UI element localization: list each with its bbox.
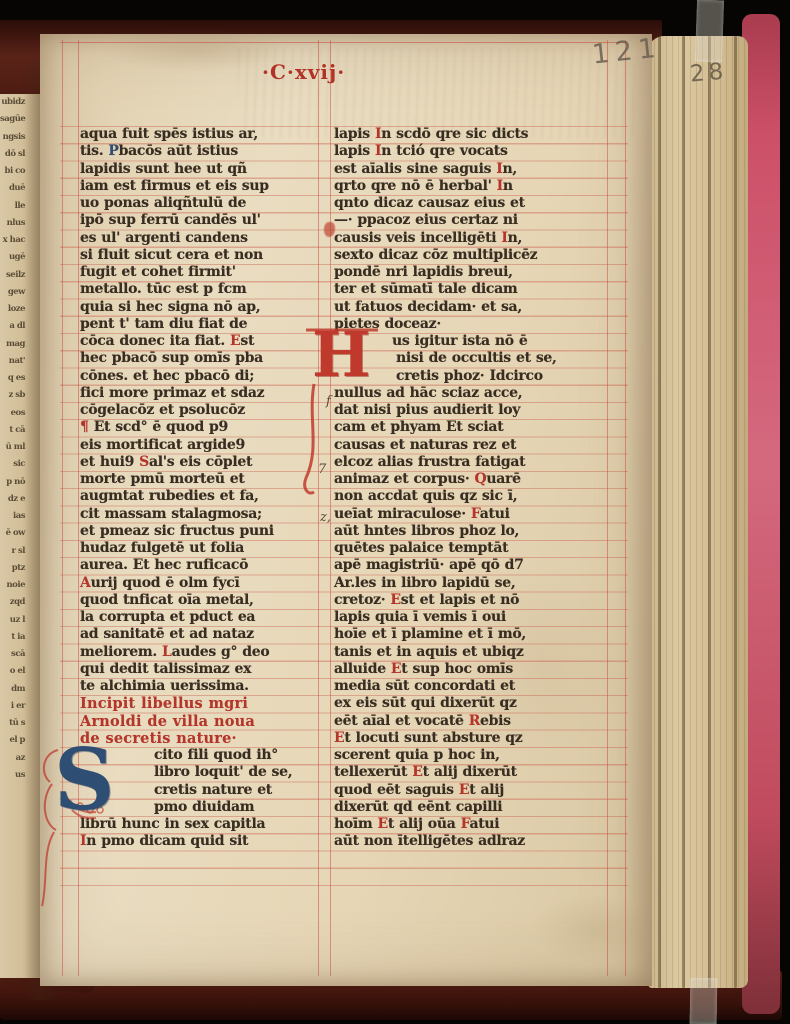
text-segment: meliorem. [80, 644, 162, 660]
text-segment: iam est firmus et eis sup [80, 178, 269, 194]
text-segment: qui dedit talissimaz ex [80, 661, 251, 677]
text-line: la corrupta et pduct ea [80, 609, 320, 626]
text-segment: L [162, 644, 172, 660]
text-segment: uo ponas aliqñtulū de [80, 195, 246, 211]
text-segment: ebis [480, 713, 511, 729]
text-segment: ut fatuos decidam· et sa, [334, 299, 522, 315]
text-segment: augmtat rubedies et fa, [80, 488, 259, 504]
manuscript-page: ·C·xvij· 121 aqua fuit spēs istius ar,ti… [40, 34, 652, 986]
text-line: ipō sup ferrū candēs ul' [80, 212, 320, 229]
text-line: lapis quia ī vemis ī oui [334, 609, 626, 626]
decorated-initial-s: S [40, 740, 150, 910]
text-segment: aqua fuit spēs istius ar, [80, 126, 258, 142]
text-segment: st [240, 333, 254, 349]
text-line: ad sanitatē et ad nataz [80, 626, 320, 643]
marginal-mark: f [326, 394, 331, 409]
text-segment: E [391, 661, 401, 677]
text-line: ex eis sūt qui dixerūt qz [334, 695, 626, 712]
text-line: Arnoldi de villa noua [80, 713, 320, 730]
text-segment: pent t' tam diu fiat de [80, 316, 247, 332]
text-segment: al's eis cōplet [149, 454, 252, 470]
text-line: et pmeaz sic fructus puni [80, 523, 320, 540]
text-segment: ad sanitatē et ad nataz [80, 626, 254, 642]
text-line: Et locuti sunt absture qz [334, 730, 626, 747]
text-segment: E [378, 816, 388, 832]
text-line: sexto dicaz cōz multiplicēz [334, 247, 626, 264]
text-segment: tellexerūt [334, 764, 412, 780]
text-segment: cōnes. et hec pbacō di; [80, 368, 254, 384]
text-line: meliorem. Laudes g° deo [80, 644, 320, 661]
text-line: causis veis incelligēti In, [334, 230, 626, 247]
text-segment: nisi de occultis et se, [396, 350, 557, 366]
text-line: aqua fuit spēs istius ar, [80, 126, 320, 143]
text-segment: quētes palaice temptāt [334, 540, 508, 556]
fore-edge-groove [708, 36, 711, 988]
text-line: et hui9 Sal's eis cōplet [80, 454, 320, 471]
text-line: ut fatuos decidam· et sa, [334, 299, 626, 316]
red-ruling-top-line [60, 42, 626, 43]
text-segment: pmo diuidam [154, 799, 254, 815]
text-line: cōnes. et hec pbacō di; [80, 368, 320, 385]
text-line: tis. Pbacōs aūt istius [80, 143, 320, 160]
text-line: Ar.les in libro lapidū se, [334, 575, 626, 592]
text-segment: cōca donec ita fiat. [80, 333, 230, 349]
text-line: Aurij quod ē olm fycī [80, 575, 320, 592]
text-line: cōgelacōz et psolucōz [80, 402, 320, 419]
text-segment: hec pbacō sup omīs pba [80, 350, 263, 366]
text-segment: ter et sūmatī tale dicam [334, 281, 517, 297]
text-line: ¶ Et scd° ē quod p9 [80, 419, 320, 436]
text-segment: fugit et cohet firmit' [80, 264, 236, 280]
text-line: pondē nri lapidis breui, [334, 264, 626, 281]
text-segment: st et lapis et nō [401, 592, 519, 608]
text-segment: Incipit libellus mgri [80, 695, 248, 712]
text-segment: cit massam stalagmosa; [80, 506, 262, 522]
text-segment: cito fili quod ih° [154, 747, 278, 763]
text-segment: lapidis sunt hee ut qñ [80, 161, 247, 177]
text-segment: hoīe et ī plamine et ī mō, [334, 626, 526, 642]
text-segment: n scdō qre sic dicts [381, 126, 528, 142]
text-segment: libro loquit' de se, [154, 764, 292, 780]
text-segment: Q [474, 471, 486, 487]
text-line: fici more primaz et sdaz [80, 385, 320, 402]
text-segment: t alij dixerūt [423, 764, 517, 780]
text-line: cit massam stalagmosa; [80, 506, 320, 523]
text-segment: hudaz fulgetē ut folia [80, 540, 244, 556]
text-segment: R [469, 713, 480, 729]
text-segment: eēt aīal et vocatē [334, 713, 469, 729]
text-segment: n, [508, 230, 522, 246]
marginal-mark: 7 [318, 462, 326, 477]
text-line: hudaz fulgetē ut folia [80, 540, 320, 557]
tape-bottom [690, 978, 718, 1024]
text-line: media sūt concordati et [334, 678, 626, 695]
text-segment: audes g° deo [172, 644, 270, 660]
text-segment: morte pmū morteū et [80, 471, 245, 487]
fore-edge-groove [734, 36, 737, 988]
text-line: est aīalis sine saguis In, [334, 161, 626, 178]
text-segment: cōgelacōz et psolucōz [80, 402, 245, 418]
text-segment: n, [503, 161, 517, 177]
text-segment: lapis [334, 143, 375, 159]
text-segment: lapis quia ī vemis ī oui [334, 609, 506, 625]
text-segment: E [412, 764, 422, 780]
text-segment: alluide [334, 661, 391, 677]
text-line: lapis In scdō qre sic dicts [334, 126, 626, 143]
text-line: morte pmū morteū et [80, 471, 320, 488]
text-segment: quod eēt saguis [334, 782, 459, 798]
parchment-stain [530, 894, 660, 964]
text-segment: fici more primaz et sdaz [80, 385, 264, 401]
text-segment: E [334, 730, 344, 746]
text-segment: Et scd° ē quod p9 [94, 419, 228, 435]
text-segment: E [390, 592, 400, 608]
text-segment: quia si hec signa nō ap, [80, 299, 260, 315]
text-line: hec pbacō sup omīs pba [80, 350, 320, 367]
text-segment: bacōs aūt istius [119, 143, 238, 159]
fore-edge-groove [658, 36, 661, 988]
text-line: hoīm Et alij oūa Fatui [334, 816, 626, 833]
text-line: qnto dicaz causaz eius et [334, 195, 626, 212]
text-segment: tis. [80, 143, 108, 159]
text-segment: metallo. tūc est p fcm [80, 281, 246, 297]
text-segment: eis mortificat argide9 [80, 437, 245, 453]
text-line: cretoz· Est et lapis et nō [334, 592, 626, 609]
text-segment: scerent quia p hoc in, [334, 747, 500, 763]
text-line: apē magistriū· apē qō d7 [334, 557, 626, 574]
text-line: quod eēt saguis Et alij [334, 782, 626, 799]
text-segment: n tció qre vocats [381, 143, 507, 159]
text-line: dixerūt qd eēnt capilli [334, 799, 626, 816]
text-line: quia si hec signa nō ap, [80, 299, 320, 316]
text-segment: sexto dicaz cōz multiplicēz [334, 247, 537, 263]
text-segment: causis veis incelligēti [334, 230, 501, 246]
text-segment: uarē [486, 471, 520, 487]
text-segment: ¶ [80, 419, 94, 435]
text-line: alluide Et sup hoc omīs [334, 661, 626, 678]
text-segment: si fluit sicut cera et non [80, 247, 263, 263]
text-segment: te alchimia uerissima. [80, 678, 249, 694]
text-line: eēt aīal et vocatē Rebis [334, 713, 626, 730]
text-segment: es ul' argenti candens [80, 230, 248, 246]
text-segment: qnto dicaz causaz eius et [334, 195, 525, 211]
text-segment: aūt hntes libros phoz lo, [334, 523, 519, 539]
initial-h-letter: H [312, 324, 371, 386]
text-segment: —· ppacoz eius certaz ni [334, 212, 518, 228]
text-segment: urij quod ē olm fycī [91, 575, 240, 591]
text-line: quētes palaice temptāt [334, 540, 626, 557]
text-line: eis mortificat argide9 [80, 437, 320, 454]
text-line: hoīe et ī plamine et ī mō, [334, 626, 626, 643]
text-segment: S [139, 454, 149, 470]
text-segment: et pmeaz sic fructus puni [80, 523, 274, 539]
text-line: Incipit libellus mgri [80, 695, 320, 712]
marginal-mark: z, [320, 510, 331, 525]
text-line: pent t' tam diu fiat de [80, 316, 320, 333]
text-segment: E [230, 333, 240, 349]
text-segment: t alij oūa [388, 816, 461, 832]
text-segment: cretis nature et [154, 782, 272, 798]
text-line: scerent quia p hoc in, [334, 747, 626, 764]
text-segment: aūt non ītelligētes adlraz [334, 833, 525, 849]
text-line: aūt hntes libros phoz lo, [334, 523, 626, 540]
text-segment: qrto qre nō ē herbal' [334, 178, 497, 194]
text-segment: t sup hoc omīs [401, 661, 513, 677]
text-line: fugit et cohet firmit' [80, 264, 320, 281]
text-segment: tanis et in aquis et ubiqz [334, 644, 524, 660]
text-line: metallo. tūc est p fcm [80, 281, 320, 298]
text-line: te alchimia uerissima. [80, 678, 320, 695]
text-line: qui dedit talissimaz ex [80, 661, 320, 678]
chapter-number-heading: ·C·xvij· [262, 60, 345, 84]
text-segment: P [108, 143, 118, 159]
text-line: lapis In tció qre vocats [334, 143, 626, 160]
text-segment: us igitur ista nō ē [392, 333, 527, 349]
text-segment: dixerūt qd eēnt capilli [334, 799, 502, 815]
text-segment: t alij [469, 782, 504, 798]
text-line: aūt non ītelligētes adlraz [334, 833, 626, 850]
text-segment: n [503, 178, 513, 194]
text-segment: quod tnficat oīa metal, [80, 592, 254, 608]
text-segment: E [459, 782, 469, 798]
text-segment: A [80, 575, 91, 591]
text-segment: media sūt concordati et [334, 678, 515, 694]
fore-edge-leaf-number: 28 [689, 58, 728, 87]
fore-edge-pages: 28 [648, 36, 748, 988]
text-segment: apē magistriū· apē qō d7 [334, 557, 524, 573]
text-segment: t locuti sunt absture qz [344, 730, 522, 746]
text-segment: est aīalis sine saguis [334, 161, 496, 177]
text-segment: ex eis sūt qui dixerūt qz [334, 695, 517, 711]
text-segment: cretis phoz· Idcirco [396, 368, 543, 384]
text-segment: atui [469, 816, 499, 832]
tape-top [695, 0, 724, 62]
text-segment: F [471, 506, 480, 522]
text-line: uo ponas aliqñtulū de [80, 195, 320, 212]
text-line: ter et sūmatī tale dicam [334, 281, 626, 298]
text-segment: lapis [334, 126, 375, 142]
text-line: lapidis sunt hee ut qñ [80, 161, 320, 178]
text-segment: la corrupta et pduct ea [80, 609, 255, 625]
text-segment: et hui9 [80, 454, 139, 470]
text-line: iam est firmus et eis sup [80, 178, 320, 195]
fore-edge-groove [682, 36, 685, 988]
text-segment: aurea. Et hec ruficacō [80, 557, 248, 573]
text-segment: Arnoldi de villa noua [80, 713, 255, 730]
text-segment: hoīm [334, 816, 378, 832]
initial-s-letter: S [54, 738, 115, 822]
text-line: qrto qre nō ē herbal' In [334, 178, 626, 195]
text-line: quod tnficat oīa metal, [80, 592, 320, 609]
text-line: tanis et in aquis et ubiqz [334, 644, 626, 661]
text-segment: ipō sup ferrū candēs ul' [80, 212, 261, 228]
text-segment: atui [480, 506, 510, 522]
text-line: es ul' argenti candens [80, 230, 320, 247]
text-line: —· ppacoz eius certaz ni [334, 212, 626, 229]
manuscript-photo: 28 ubidzsagūengsisdō slbi coduēllenlusx … [0, 0, 790, 1024]
text-line: si fluit sicut cera et non [80, 247, 320, 264]
text-line: cōca donec ita fiat. Est [80, 333, 320, 350]
text-line: tellexerūt Et alij dixerūt [334, 764, 626, 781]
text-segment: cretoz· [334, 592, 390, 608]
text-line: augmtat rubedies et fa, [80, 488, 320, 505]
text-segment: Ar.les in libro lapidū se, [334, 575, 515, 591]
text-segment: pondē nri lapidis breui, [334, 264, 513, 280]
decorated-initial-h: H [298, 328, 408, 518]
text-line: aurea. Et hec ruficacō [80, 557, 320, 574]
